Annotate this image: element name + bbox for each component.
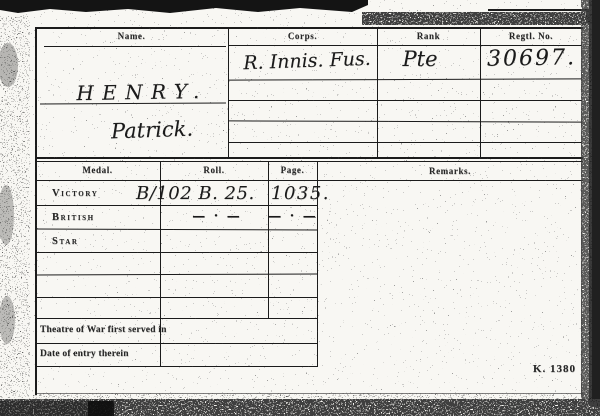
- rule-star-row: [35, 252, 318, 253]
- rank-column-header: Rank: [377, 31, 480, 41]
- page-column-header: Page.: [268, 165, 317, 175]
- corps-value: R. Innis. Fus.: [232, 47, 383, 74]
- name-column-header: Name.: [35, 31, 228, 41]
- victory-roll-value: B/102 B. 25.: [136, 183, 255, 204]
- medal-row-label-victory: Victory: [52, 188, 98, 199]
- medal-row-label-british: British: [52, 212, 95, 223]
- rule-british-row: [35, 229, 318, 231]
- regtl-no-value: 30697.: [484, 45, 579, 72]
- corps-column-header: Corps.: [228, 31, 377, 41]
- form-reference: K. 1380: [533, 363, 576, 375]
- section-divider-2: [35, 161, 583, 162]
- british-page-value: — · —: [262, 209, 324, 224]
- rule-blank-row-3: [35, 318, 318, 319]
- divider-rank-regtl: [480, 28, 481, 159]
- divider-roll-page: [268, 161, 269, 318]
- theatre-underline: [35, 343, 318, 344]
- rank-value: Pte: [385, 47, 455, 71]
- medal-row-label-star: Star: [52, 236, 79, 247]
- forename-value: Patrick.: [92, 116, 213, 144]
- name-header-underline: [44, 46, 226, 47]
- section-divider: [35, 157, 583, 159]
- regtl-no-column-header: Regtl. No.: [480, 31, 582, 41]
- card-right-border: [581, 27, 582, 395]
- medal-index-card-scan: Name. Corps. Rank Regtl. No. Medal. Roll…: [0, 0, 600, 416]
- rule-right-row-1: [229, 78, 582, 80]
- rule-blank-row-1: [35, 274, 318, 276]
- medal-column-header: Medal.: [35, 165, 160, 175]
- card-left-border: [35, 27, 37, 395]
- rule-blank-row-2: [35, 297, 318, 298]
- british-roll-value: — · —: [172, 209, 262, 224]
- roll-column-header: Roll.: [160, 165, 268, 175]
- date-underline: [35, 366, 318, 367]
- date-of-entry-label: Date of entry therein: [40, 349, 129, 359]
- card-bottom-border: [35, 393, 583, 394]
- rule-victory-row: [35, 205, 318, 206]
- theatre-of-war-label: Theatre of War first served in: [40, 325, 167, 335]
- card-top-border: [35, 27, 583, 29]
- victory-page-value: 1035.: [271, 183, 330, 204]
- rule-right-row-3: [229, 120, 582, 122]
- rule-right-row-4: [229, 142, 582, 143]
- medal-header-underline: [35, 180, 583, 181]
- divider-name-corps: [228, 28, 229, 159]
- rule-right-row-2: [229, 100, 582, 101]
- remarks-column-header: Remarks.: [317, 166, 583, 176]
- surname-value: HENRY.: [62, 79, 222, 106]
